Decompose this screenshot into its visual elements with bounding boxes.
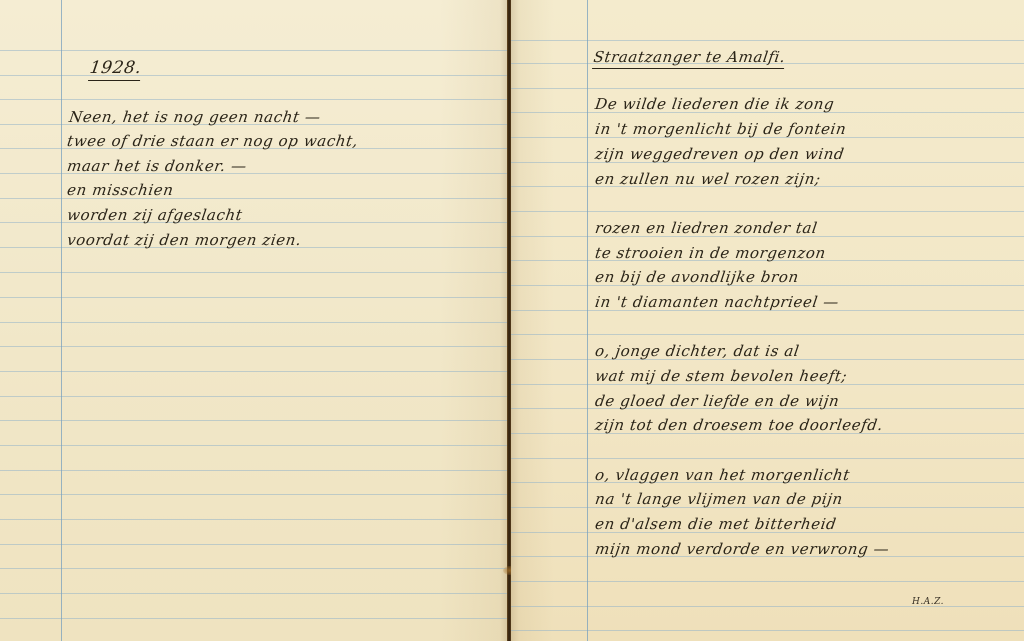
poem-line: twee of drie staan er nog op wacht, [66,132,359,150]
margin-line [61,0,62,641]
author-initials: H.A.Z. [912,597,944,607]
poem-line: zijn weggedreven op den wind [594,145,846,163]
ruled-line [0,322,508,323]
ruled-line [0,519,508,520]
poem-line: zijn tot den droesem toe doorleefd. [594,416,884,434]
poem-line: en d'alsem die met bitterheid [594,515,838,533]
poem-line: de gloed der liefde en de wijn [594,392,841,410]
poem-line: mijn mond verdorde en verwrong — [594,540,891,558]
poem-line: rozen en liedren zonder tal [594,219,819,237]
ruled-line [0,445,508,446]
poem-line: wat mij de stem bevolen heeft; [594,367,849,385]
ruled-line [0,396,508,397]
ruled-line [0,75,508,76]
poem-line: worden zij afgeslacht [66,206,244,224]
poem-line: o, jonge dichter, dat is al [594,342,801,360]
ruled-line [0,618,508,619]
poem-line: in 't diamanten nachtprieel — [594,293,840,311]
poem-line: Neen, het is nog geen nacht — [68,108,322,126]
poem-line: voordat zij den morgen zien. [66,231,303,249]
notebook-spread: 1928. Neen, het is nog geen nacht — twee… [0,0,1024,641]
right-page: Straatzanger te Amalfi. De wilde liedere… [511,0,1024,641]
left-page: 1928. Neen, het is nog geen nacht — twee… [0,0,508,641]
ruled-line [0,494,508,495]
ruled-line [0,593,508,594]
poem-line: en zullen nu wel rozen zijn; [594,170,822,188]
margin-line [587,0,588,641]
poem-line: na 't lange vlijmen van de pijn [594,490,844,508]
ruled-line [0,544,508,545]
ruled-line [0,420,508,421]
poem-line: in 't morgenlicht bij de fontein [594,120,848,138]
ruled-line [0,99,508,100]
poem-line: te strooien in de morgenzon [594,244,827,262]
poem-line: en bij de avondlijke bron [594,268,800,286]
ruled-line [0,272,508,273]
ruled-line [0,346,508,347]
ruled-line [0,568,508,569]
poem-line: en misschien [66,181,175,199]
ruled-line [0,470,508,471]
ruled-line [0,297,508,298]
poem-line: o, vlaggen van het morgenlicht [594,466,851,484]
poem-line: De wilde liederen die ik zong [594,95,836,113]
page-heading-year: 1928. [88,58,143,81]
poem-line: maar het is donker. — [66,157,248,175]
ruled-line [0,50,508,51]
poem-title: Straatzanger te Amalfi. [592,48,787,69]
ruled-line [0,371,508,372]
